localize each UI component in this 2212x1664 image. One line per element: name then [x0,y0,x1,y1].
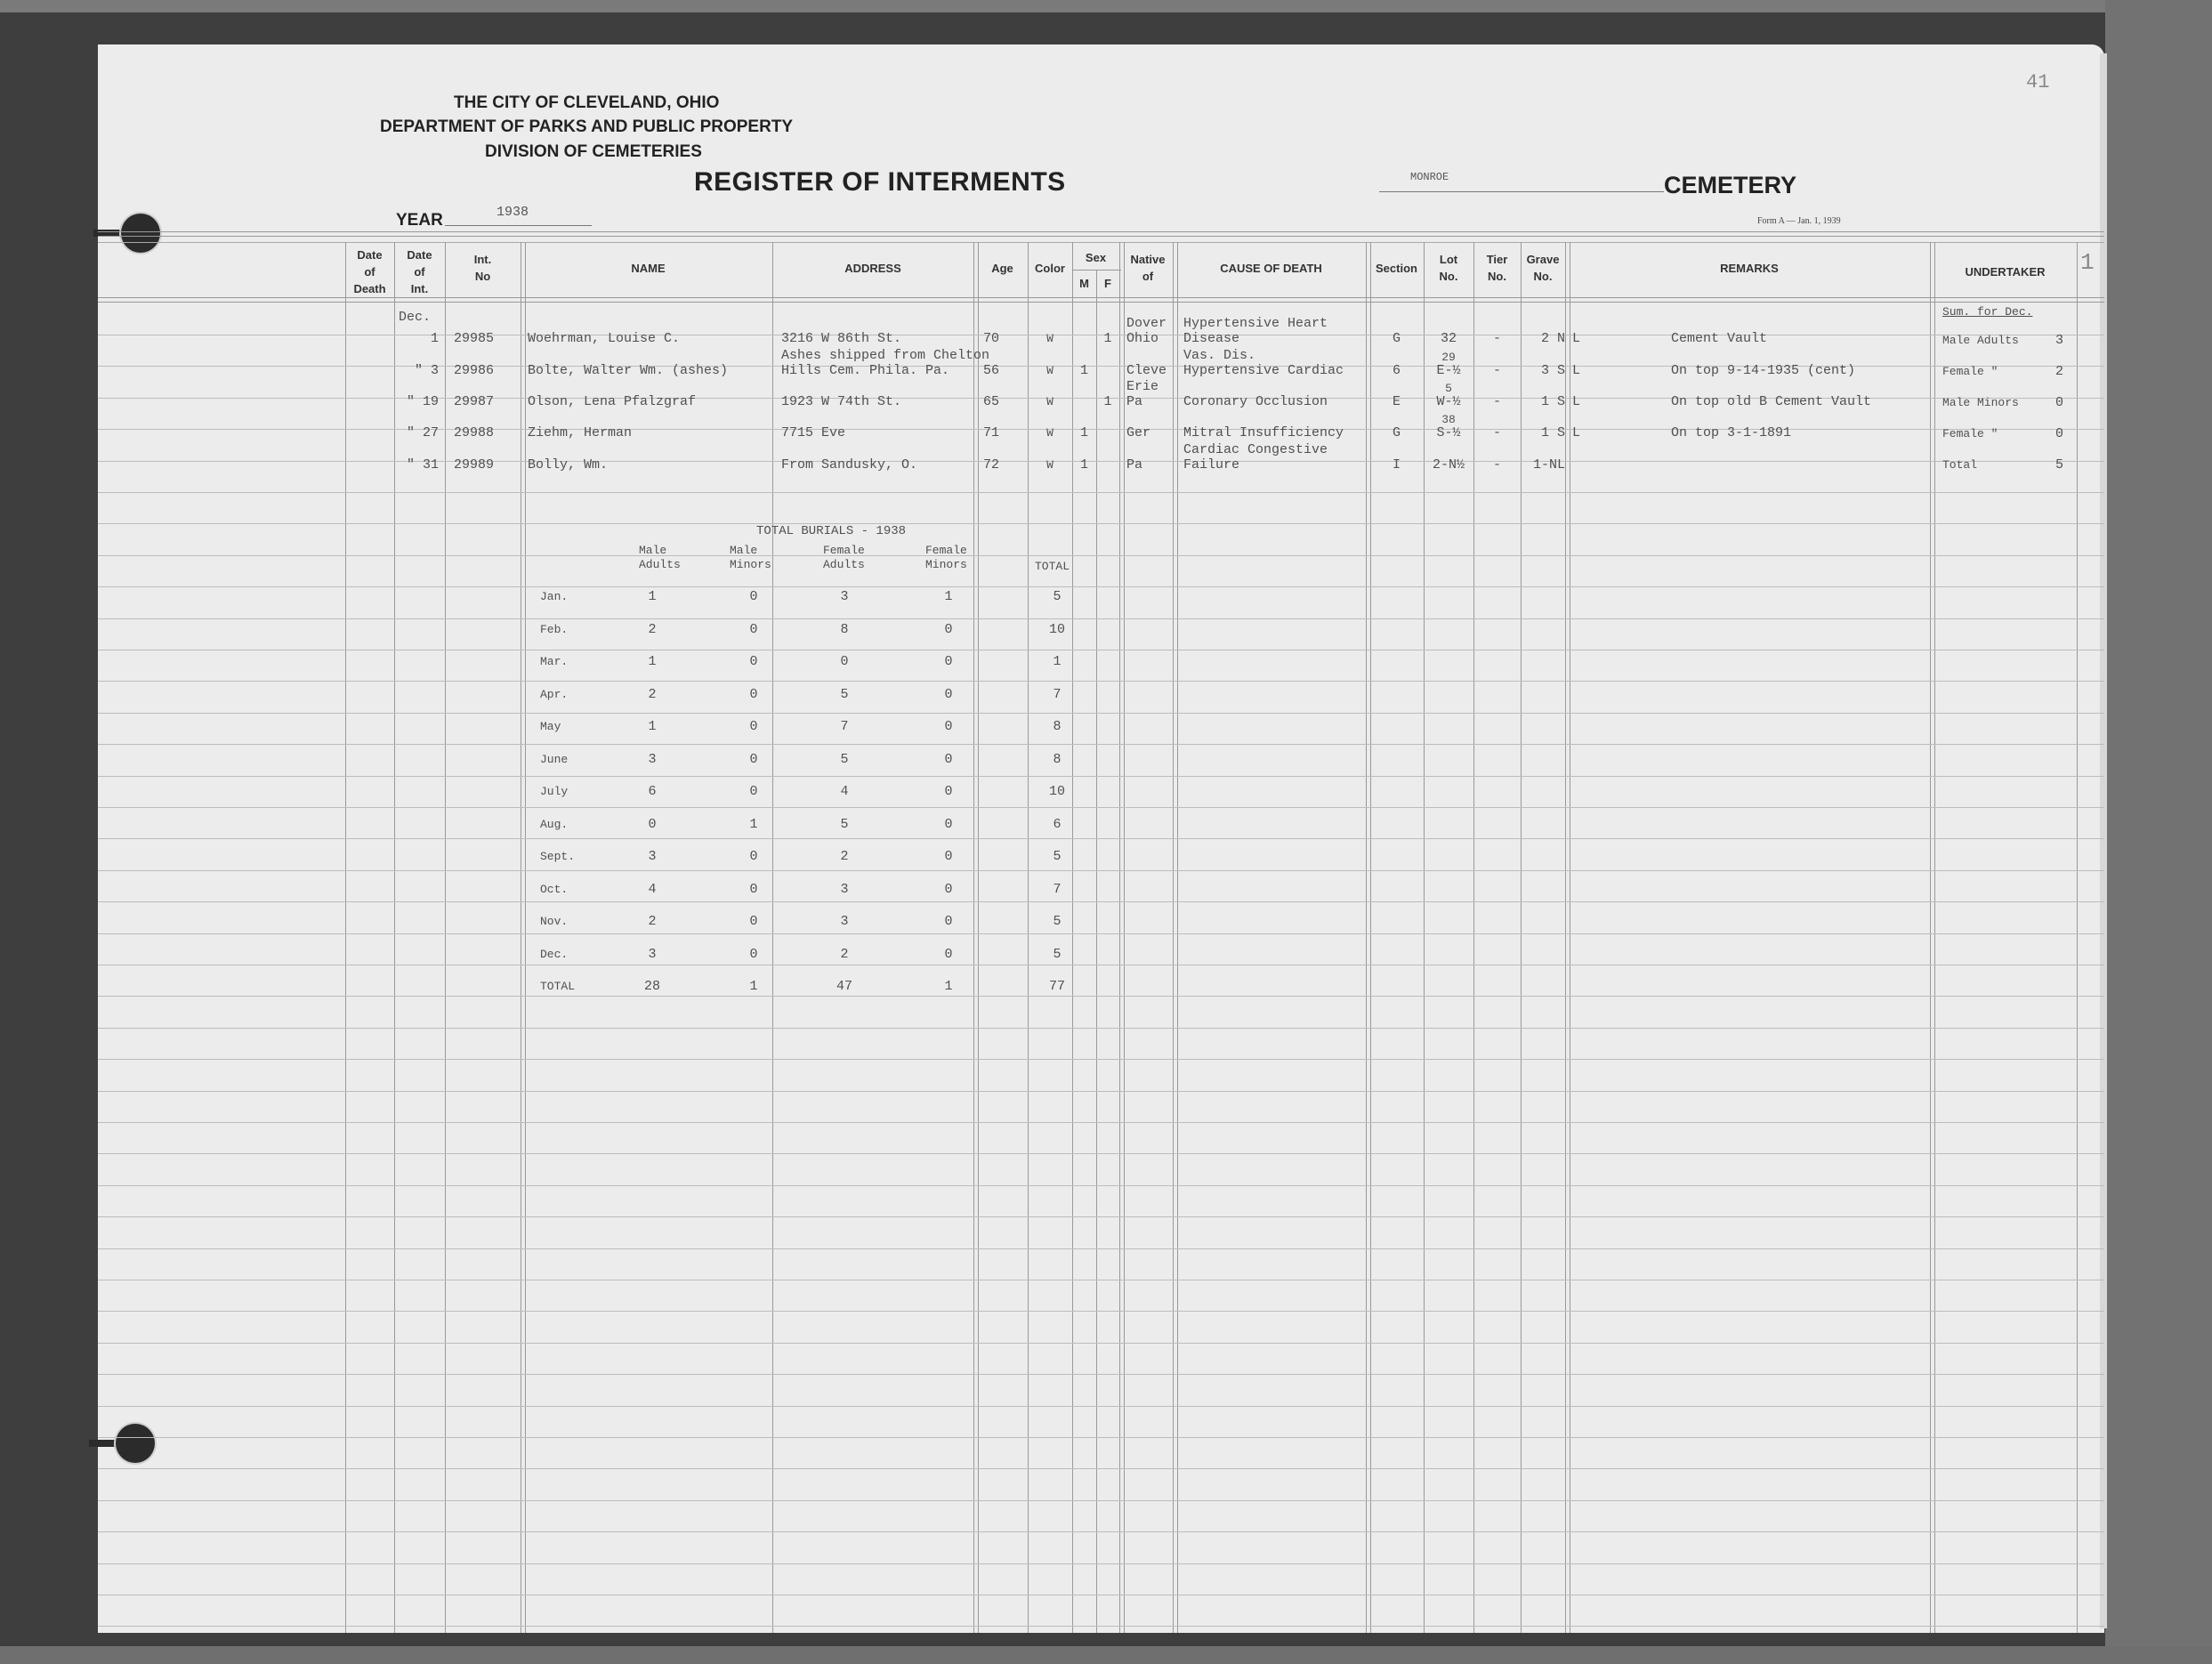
col-line [345,242,346,1633]
burials-value-mm: 0 [740,719,767,735]
burials-value-ma: 28 [639,979,666,995]
cause-of-death: Mitral Insufficiency [1183,425,1344,441]
page-edge [2100,53,2107,1628]
col-header-tier-no: TierNo. [1473,246,1521,290]
burials-value-ma: 4 [639,882,666,898]
address: 1923 W 74th St. [781,394,901,410]
name: Woehrman, Louise C. [528,331,680,347]
burials-month: Feb. [540,622,568,638]
ruled-line [98,681,2104,682]
burials-value-fa: 4 [831,784,858,800]
ruled-line [98,1311,2104,1312]
ruled-line [98,776,2104,777]
burials-value-total: 6 [1044,817,1070,833]
grave-no: 1 S [1521,394,1565,410]
age: 71 [983,425,999,441]
ruled-line [98,1595,2104,1595]
burials-value-total: 8 [1044,719,1070,735]
section: 6 [1369,363,1424,379]
header-rule [98,242,2104,243]
cause-line1: Hypertensive Heart [1183,316,1328,332]
col-header-sex-m: M [1072,271,1096,295]
native-of: Cleve [1126,363,1167,379]
summary-label: Female " [1942,364,1998,380]
col-line [2077,242,2078,1633]
burials-value-fa: 2 [831,947,858,963]
burials-month: Mar. [540,654,568,670]
burials-value-ma: 1 [639,719,666,735]
page-number: 41 [2026,71,2049,93]
burials-value-total: 77 [1044,979,1070,995]
col-header-text: of [1130,268,1165,285]
burials-month: Oct. [540,882,568,898]
ruled-line [98,1343,2104,1344]
burials-value-total: 7 [1044,882,1070,898]
burials-value-fm: 0 [935,752,962,768]
burials-value-fm: 1 [935,589,962,605]
burials-value-fm: 0 [935,947,962,963]
col-line [394,242,395,1633]
col-header-remarks: REMARKS [1569,246,1930,290]
tier-no: - [1473,394,1521,410]
burials-month: Dec. [540,947,568,963]
burials-value-fa: 0 [831,654,858,670]
col-line [1072,242,1073,1633]
int-no: 29987 [454,394,494,410]
ruled-line [98,713,2104,714]
color: W [1028,394,1072,410]
binder-cover-top [0,0,2212,12]
burials-value-fa: 5 [831,687,858,703]
cemetery-name: MONROE [1410,171,1449,183]
name: Ziehm, Herman [528,425,632,441]
burials-value-fa: 5 [831,817,858,833]
col-line [973,242,979,1633]
ruled-line [98,1028,2104,1029]
address: 7715 Eve [781,425,845,441]
color: W [1028,425,1072,441]
ruled-line [98,1059,2104,1060]
ruled-line [98,996,2104,997]
remarks: On top 9-14-1935 (cent) [1671,363,1855,379]
burials-value-total: 7 [1044,687,1070,703]
col-header-text: Lot [1440,251,1458,268]
ruled-line [98,838,2104,839]
col-header-color: Color [1028,246,1072,290]
date-of-int: " 31 [394,457,439,473]
burials-month: Nov. [540,914,568,930]
burials-value-mm: 0 [740,784,767,800]
address: 3216 W 86th St. [781,331,901,347]
tier-no: - [1473,457,1521,473]
burials-month: TOTAL [540,979,575,995]
tier-no: - [1473,425,1521,441]
col-header-date-of-death: DateofDeath [345,246,394,297]
burials-value-total: 5 [1044,589,1070,605]
burials-value-total: 5 [1044,947,1070,963]
int-no: 29989 [454,457,494,473]
native-of: Ger [1126,425,1150,441]
grave-suffix: L [1572,331,1580,347]
native-line1: Dover [1126,316,1167,332]
burials-month: July [540,784,568,800]
burials-col-header-text: Minors [730,557,771,573]
burials-value-ma: 2 [639,622,666,638]
burials-value-ma: 1 [639,654,666,670]
burials-value-total: 8 [1044,752,1070,768]
burials-month: Apr. [540,687,568,703]
col-header-grave-no: GraveNo. [1521,246,1565,290]
col-line [772,242,773,1633]
city-heading: THE CITY OF CLEVELAND, OHIO [454,93,719,113]
burials-value-mm: 0 [740,882,767,898]
cause-of-death: Failure [1183,457,1239,473]
col-header-text: Native [1130,251,1165,268]
header-top-border [98,231,2104,237]
ruled-line [98,618,2104,619]
burials-value-fm: 0 [935,654,962,670]
lot-no: S-½ [1424,425,1473,441]
burials-value-mm: 0 [740,849,767,865]
ruled-line [98,523,2104,524]
burials-value-fm: 0 [935,687,962,703]
cause-of-death: Coronary Occlusion [1183,394,1328,410]
section: G [1369,425,1424,441]
col-header-lot-no: LotNo. [1424,246,1473,290]
binder-hole-bottom [116,1424,155,1463]
burials-value-mm: 0 [740,752,767,768]
lot-no: 2-N½ [1424,457,1473,473]
sex-f: 1 [1096,394,1119,410]
col-line [1930,242,1935,1633]
ruled-line [98,1531,2104,1532]
burials-value-total: 10 [1044,622,1070,638]
burials-value-fa: 2 [831,849,858,865]
register-title: REGISTER OF INTERMENTS [694,167,1066,198]
grave-no: 2 N [1521,331,1565,347]
department-heading: DEPARTMENT OF PARKS AND PUBLIC PROPERTY [380,117,793,137]
col-header-cause-of-death: CAUSE OF DEATH [1176,246,1366,290]
burials-col-header-text: Adults [639,557,681,573]
summary-value: 3 [2055,333,2063,349]
col-header-sex: Sex [1072,246,1119,269]
burials-col-header-text: Adults [823,557,865,573]
burials-value-fm: 0 [935,719,962,735]
cause-line1: Vas. Dis. [1183,348,1255,364]
col-header-native-of: Nativeof [1123,246,1173,290]
grave-suffix: L [1572,363,1580,379]
sex-m: 1 [1072,457,1096,473]
burials-value-ma: 2 [639,687,666,703]
ruled-line [98,1374,2104,1375]
burials-value-mm: 0 [740,589,767,605]
date-of-int: " 27 [394,425,439,441]
ruled-line [98,586,2104,587]
grave-suffix: L [1572,425,1580,441]
burials-month: Sept. [540,849,575,865]
sex-divider [1072,270,1121,271]
burials-value-total: 10 [1044,784,1070,800]
burials-month: Jan. [540,589,568,605]
month-label: Dec. [399,310,431,326]
native-line1: Erie [1126,379,1158,395]
col-line [1565,242,1570,1633]
remarks: Cement Vault [1671,331,1767,347]
burials-value-fa: 5 [831,752,858,768]
cause-of-death: Hypertensive Cardiac [1183,363,1344,379]
ruled-line [98,901,2104,902]
ruled-line [98,1091,2104,1092]
ruled-line [98,1216,2104,1217]
ruled-line [98,965,2104,965]
tier-no: - [1473,331,1521,347]
remarks: On top old B Cement Vault [1671,394,1871,410]
summary-label: Total [1942,457,1977,473]
col-line [1473,242,1474,1633]
sheet-number: 1 [2080,249,2095,276]
cause-of-death: Disease [1183,331,1239,347]
burials-value-mm: 0 [740,622,767,638]
ruled-line [98,1280,2104,1280]
ruled-line [98,1437,2104,1438]
burials-value-fm: 0 [935,817,962,833]
year-value: 1938 [496,205,529,220]
name: Olson, Lena Pfalzgraf [528,394,696,410]
burials-value-fm: 1 [935,979,962,995]
grave-no: 1-NL [1521,457,1565,473]
burials-value-ma: 2 [639,914,666,930]
burials-col-header-text: Minors [925,557,967,573]
ruled-line [98,1248,2104,1249]
col-header-address: ADDRESS [772,246,973,290]
burials-value-mm: 0 [740,947,767,963]
cemetery-underline [1379,191,1664,192]
col-header-undertaker: UNDERTAKER [1933,246,2077,297]
col-line [1521,242,1522,1633]
col-header-section: Section [1369,246,1424,290]
address: From Sandusky, O. [781,457,917,473]
burials-value-mm: 0 [740,687,767,703]
ruled-line [98,1122,2104,1123]
grave-suffix: L [1572,394,1580,410]
age: 65 [983,394,999,410]
ruled-line [98,1468,2104,1469]
burials-value-fm: 0 [935,849,962,865]
col-line [521,242,526,1633]
ruled-line [98,933,2104,934]
col-header-text: Date [353,246,385,263]
burials-value-ma: 3 [639,752,666,768]
cause-line1: Cardiac Congestive [1183,442,1328,458]
col-header-text: Tier [1487,251,1508,268]
int-no: 29986 [454,363,494,379]
binder-cover-bottom [0,1646,2212,1664]
age: 56 [983,363,999,379]
summary-label: Male Minors [1942,395,2019,411]
burials-value-total: 5 [1044,849,1070,865]
ruled-line [98,1500,2104,1501]
tier-no: - [1473,363,1521,379]
burials-col-header-text: TOTAL [1035,559,1070,575]
col-header-text: Grave [1527,251,1560,268]
int-no: 29988 [454,425,494,441]
address: Hills Cem. Phila. Pa. [781,363,949,379]
burials-month: June [540,752,568,768]
year-underline [445,225,592,226]
cemetery-label: CEMETERY [1664,172,1796,199]
col-header-sex-f: F [1096,271,1119,295]
lot-no: W-½ [1424,394,1473,410]
age: 70 [983,331,999,347]
name: Bolly, Wm. [528,457,608,473]
undertaker-summary-title: Sum. for Dec. [1942,304,2032,320]
sex-f: 1 [1096,331,1119,347]
burials-value-mm: 1 [740,817,767,833]
burials-month: May [540,719,561,735]
color: W [1028,331,1072,347]
col-header-text: No. [1440,268,1458,285]
burials-value-fm: 0 [935,914,962,930]
col-header-date-of-int: DateofInt. [394,246,445,297]
int-no: 29985 [454,331,494,347]
native-of: Ohio [1126,331,1158,347]
division-heading: DIVISION OF CEMETERIES [485,142,702,162]
color: W [1028,363,1072,379]
ruled-line [98,1185,2104,1186]
col-header-text: Date [407,246,432,263]
col-line [445,242,446,1633]
col-header-text: No. [1487,268,1508,285]
ruled-line [98,1153,2104,1154]
sex-m: 1 [1072,425,1096,441]
ruled-line [98,870,2104,871]
date-of-int: " 3 [394,363,439,379]
name: Bolte, Walter Wm. (ashes) [528,363,728,379]
ruled-line [98,744,2104,745]
section: G [1369,331,1424,347]
burials-value-fm: 0 [935,784,962,800]
burials-value-mm: 1 [740,979,767,995]
summary-label: Female " [1942,426,1998,442]
burials-value-fa: 8 [831,622,858,638]
ruled-line [98,1563,2104,1564]
ruled-line [98,650,2104,650]
sex-m: 1 [1072,363,1096,379]
ruled-line [98,807,2104,808]
date-of-int: " 19 [394,394,439,410]
date-of-int: 1 [394,331,439,347]
ruled-line [98,1406,2104,1407]
native-of: Pa [1126,394,1142,410]
summary-value: 5 [2055,457,2063,473]
summary-value: 2 [2055,364,2063,380]
section: I [1369,457,1424,473]
burials-value-ma: 3 [639,849,666,865]
burials-value-fa: 3 [831,882,858,898]
burials-value-ma: 6 [639,784,666,800]
lot-no: 32 [1424,331,1473,347]
native-of: Pa [1126,457,1142,473]
remarks: On top 3-1-1891 [1671,425,1791,441]
year-label: YEAR [396,211,443,230]
burials-value-total: 1 [1044,654,1070,670]
lot-no: E-½ [1424,363,1473,379]
col-line [1366,242,1371,1633]
col-line [1028,242,1029,1633]
header-bottom-border [98,297,2104,303]
ruled-line [98,492,2104,493]
grave-no: 3 S [1521,363,1565,379]
burials-value-mm: 0 [740,914,767,930]
burials-value-fa: 3 [831,914,858,930]
color: W [1028,457,1072,473]
binder-cover-right [2105,0,2212,1664]
burials-value-fm: 0 [935,882,962,898]
form-note: Form A — Jan. 1, 1939 [1757,216,1841,226]
burials-value-fm: 0 [935,622,962,638]
section: E [1369,394,1424,410]
burials-summary-title: TOTAL BURIALS - 1938 [756,523,906,539]
col-line [1096,270,1097,1633]
col-header-text: No. [1527,268,1560,285]
summary-value: 0 [2055,426,2063,442]
burials-value-mm: 0 [740,654,767,670]
burials-value-fa: 47 [831,979,858,995]
col-header-text: Death [353,280,385,297]
col-line [1119,242,1125,1633]
burials-value-ma: 1 [639,589,666,605]
grave-no: 1 S [1521,425,1565,441]
address-line1: Ashes shipped from Chelton [781,348,989,364]
ruled-line [98,1626,2104,1627]
col-header-int-no: Int.No [445,246,521,290]
burials-value-fa: 7 [831,719,858,735]
ruled-line [98,555,2104,556]
burials-value-total: 5 [1044,914,1070,930]
col-header-text: of [353,263,385,280]
col-header-text: Int. [407,280,432,297]
summary-value: 0 [2055,395,2063,411]
col-header-name: NAME [524,246,772,290]
col-header-text: No [474,268,492,285]
burials-value-ma: 3 [639,947,666,963]
col-header-text: Int. [474,251,492,268]
burials-value-fa: 3 [831,589,858,605]
col-line [1173,242,1178,1633]
burials-value-ma: 0 [639,817,666,833]
col-line [1424,242,1425,1633]
summary-label: Male Adults [1942,333,2019,349]
col-header-age: Age [977,246,1028,290]
age: 72 [983,457,999,473]
burials-month: Aug. [540,817,568,833]
col-header-text: of [407,263,432,280]
